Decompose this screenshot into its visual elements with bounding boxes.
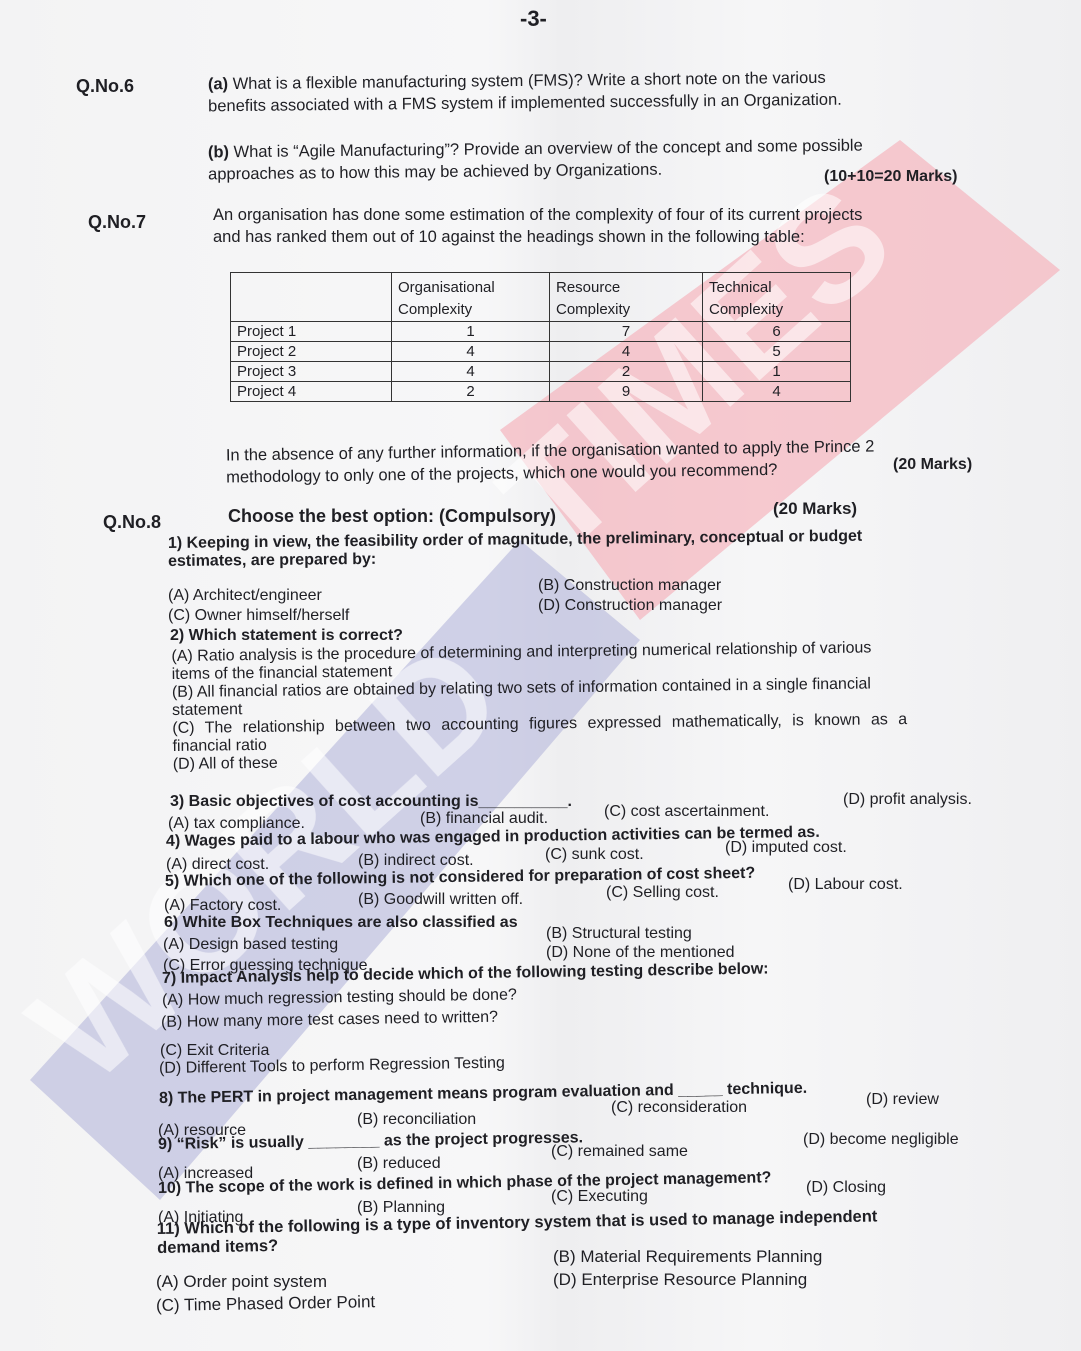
mcq-11-option-a: (A) Order point system [156,1272,327,1292]
q6-marks: (10+10=20 Marks) [824,168,957,186]
mcq-4-option-d: (D) imputed cost. [725,839,847,857]
table-cell: 5 [703,342,851,362]
q6-part-a: (a) What is a flexible manufacturing sys… [208,67,842,118]
q6-part-b: (b) What is “Agile Manufacturing”? Provi… [208,135,863,186]
mcq-1-option-d: (D) Construction manager [538,597,722,615]
mcq-7-option-a: (A) How much regression testing should b… [162,986,517,1010]
mcq-3-option-b: (B) financial audit. [420,810,548,828]
table-cell: 4 [703,382,851,402]
table-header-cell: Resource Complexity [550,273,703,322]
mcq-7-option-c: (C) Exit Criteria [160,1042,269,1060]
q8-label: Q.No.8 [103,512,161,533]
table-cell: 6 [703,322,851,342]
mcq-10-option-c: (C) Executing [551,1188,648,1206]
table-cell-project: Project 3 [231,362,392,382]
q6-b-prefix: (b) [208,143,229,161]
mcq-11-option-c: (C) Time Phased Order Point [156,1292,376,1316]
table-cell: 2 [550,362,703,382]
mcq-3-stem: 3) Basic objectives of cost accounting i… [170,793,572,811]
mcq-9-option-b: (B) reduced [357,1155,441,1173]
table-cell: 4 [392,362,550,382]
table-cell-project: Project 4 [231,382,392,402]
mcq-6-option-d: (D) None of the mentioned [546,944,735,962]
mcq-6-stem: 6) White Box Techniques are also classif… [164,914,518,932]
mcq-6-option-a: (A) Design based testing [163,936,338,954]
q7-intro-line1: An organisation has done some estimation… [213,204,862,226]
table-cell-project: Project 1 [231,322,392,342]
q7-intro: An organisation has done some estimation… [213,204,862,248]
table-header-cell: Organisational Complexity [392,273,550,322]
q6-a-prefix: (a) [208,75,228,93]
table-header-cell: Technical Complexity [703,273,851,322]
mcq-11-option-b: (B) Material Requirements Planning [553,1247,822,1267]
q7-intro-line2: and has ranked them out of 10 against th… [213,226,862,248]
mcq-6-option-b: (B) Structural testing [546,925,692,943]
q7-marks: (20 Marks) [893,456,972,474]
q6-b-line1: What is “Agile Manufacturing”? Provide a… [233,137,862,162]
table-cell: 7 [550,322,703,342]
table-cell: 2 [392,382,550,402]
exam-page: -3- Q.No.6 (a) What is a flexible manufa… [0,0,1081,1351]
q8-heading: Choose the best option: (Compulsory) [228,506,556,527]
table-row: Project 3 4 2 1 [231,362,851,382]
mcq-1-option-c: (C) Owner himself/herself [168,607,349,625]
table-header-cell [231,273,392,322]
mcq-3-option-d: (D) profit analysis. [843,791,972,809]
table-cell-project: Project 2 [231,342,392,362]
table-cell: 4 [550,342,703,362]
complexity-table-wrap: Organisational Complexity Resource Compl… [230,272,851,402]
mcq-5-option-a: (A) Factory cost. [164,897,281,915]
q7-question: In the absence of any further informatio… [226,435,875,488]
mcq-5-option-d: (D) Labour cost. [788,876,903,894]
table-cell: 1 [703,362,851,382]
mcq-9-option-d: (D) become negligible [803,1131,959,1149]
mcq-1-option-a: (A) Architect/engineer [168,587,322,605]
mcq-5-option-b: (B) Goodwill written off. [358,891,523,909]
mcq-4-option-b: (B) indirect cost. [358,852,474,870]
mcq-1-option-b: (B) Construction manager [538,577,721,595]
mcq-11-option-d: (D) Enterprise Resource Planning [553,1270,807,1290]
mcq-3-option-a: (A) tax compliance. [168,815,305,833]
mcq-1-stem: 1) Keeping in view, the feasibility orde… [168,528,863,571]
table-cell: 4 [392,342,550,362]
mcq-2-options: (A) Ratio analysis is the procedure of d… [171,618,908,774]
mcq-8-option-d: (D) review [866,1091,939,1109]
mcq-10-option-d: (D) Closing [806,1179,886,1197]
mcq-4-option-c: (C) sunk cost. [545,846,644,864]
table-row: Project 2 4 4 5 [231,342,851,362]
mcq-8-option-b: (B) reconciliation [357,1111,476,1129]
mcq-7-option-b: (B) How many more test cases need to wri… [161,1009,498,1032]
table-cell: 1 [392,322,550,342]
page-number: -3- [520,6,547,32]
complexity-table: Organisational Complexity Resource Compl… [230,272,851,402]
mcq-5-option-c: (C) Selling cost. [606,884,719,902]
mcq-8-option-c: (C) reconsideration [611,1099,747,1117]
q7-label: Q.No.7 [88,212,146,233]
table-cell: 9 [550,382,703,402]
mcq-3-option-c: (C) cost ascertainment. [604,803,769,821]
table-row: Project 4 2 9 4 [231,382,851,402]
q6-label: Q.No.6 [76,76,134,97]
table-header-row: Organisational Complexity Resource Compl… [231,273,851,322]
mcq-9-option-c: (C) remained same [551,1143,688,1161]
table-row: Project 1 1 7 6 [231,322,851,342]
q8-marks: (20 Marks) [773,499,857,519]
